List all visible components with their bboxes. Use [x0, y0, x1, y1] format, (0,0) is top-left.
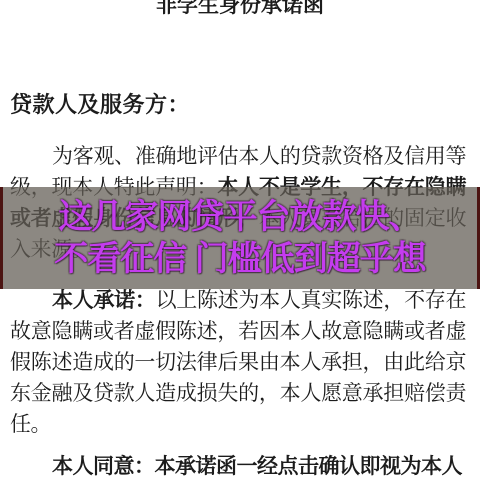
document-page[interactable]: 非学生身份承诺函 贷款人及服务方： 为客观、准确地评估本人的贷款资格及信用等级，…: [0, 0, 480, 480]
promo-overlay-banner: 这几家网贷平台放款快、 不看征信 门槛低到超乎想: [0, 187, 480, 289]
section-heading: 贷款人及服务方：: [10, 88, 190, 119]
banner-line-1: 这几家网贷平台放款快、: [59, 198, 422, 236]
banner-line-2: 不看征信 门槛低到超乎想: [54, 240, 425, 278]
overlay-left-edge: [0, 187, 3, 289]
commitment-lead: 本人承诺：: [52, 289, 156, 312]
agreement-paragraph: 本人同意：本承诺函一经点击确认即视为本人: [10, 451, 466, 480]
commitment-paragraph: 本人承诺：以上陈述为本人真实陈述，不存在故意隐瞒或者虚假陈述，若因本人故意隐瞒或…: [10, 285, 466, 440]
document-title: 非学生身份承诺函: [0, 0, 480, 19]
